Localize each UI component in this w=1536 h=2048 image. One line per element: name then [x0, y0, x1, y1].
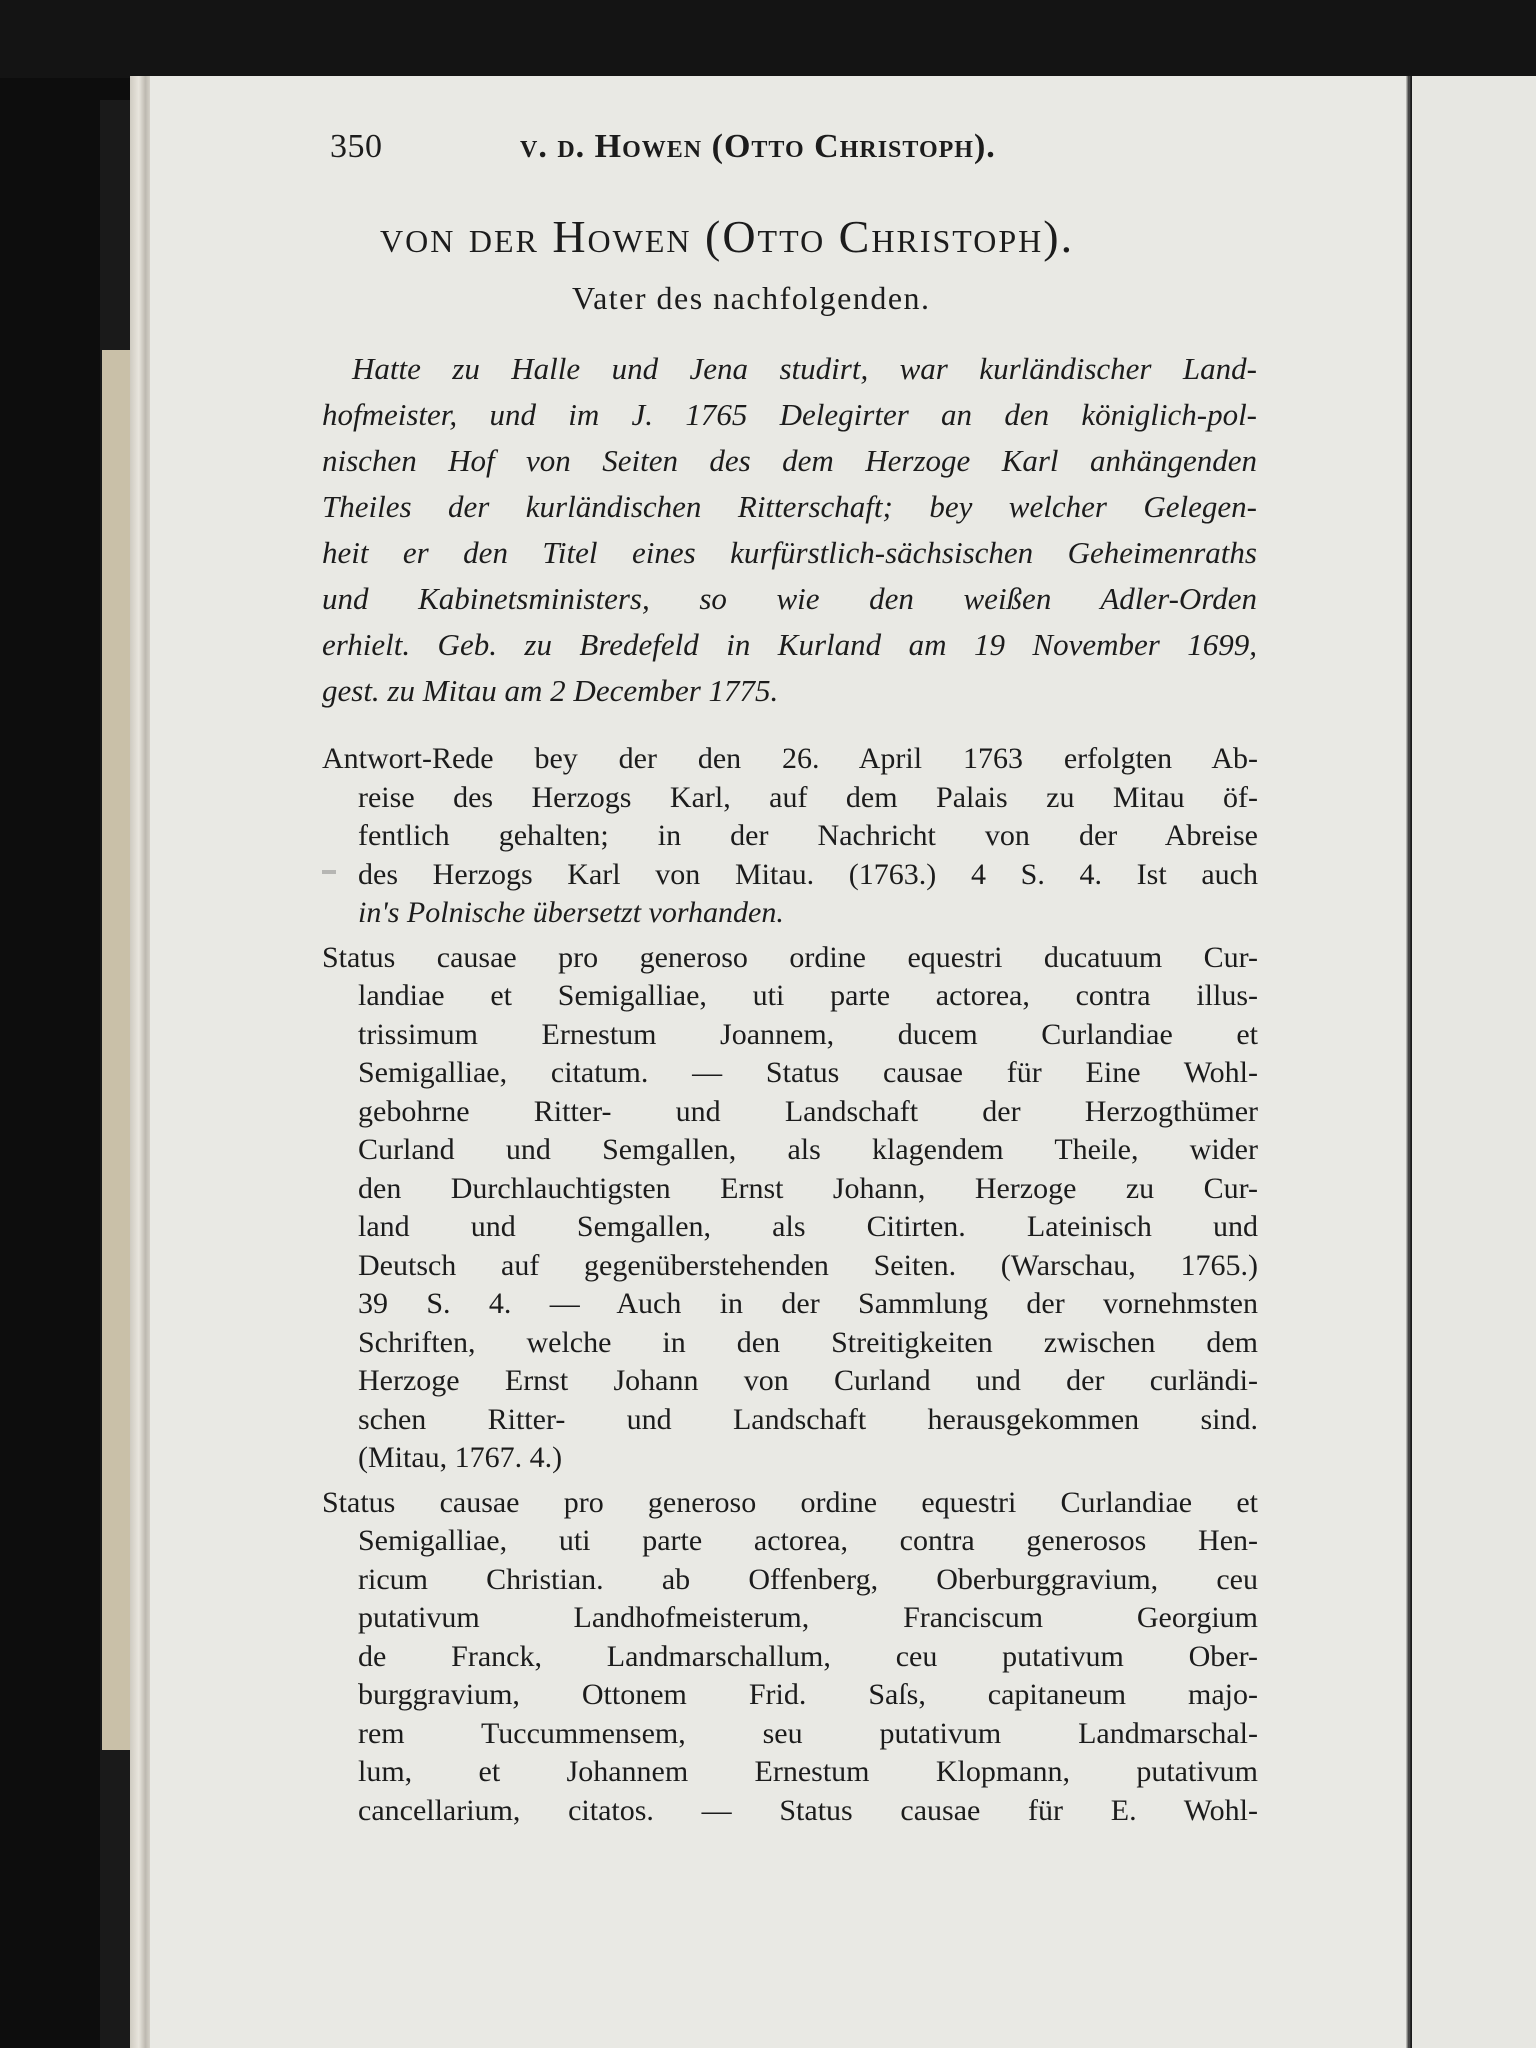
- work-line: rem Tuccummensem, seu putativum Landmars…: [318, 1715, 1258, 1754]
- work-line: Schriften, welche in den Streitigkeiten …: [318, 1324, 1258, 1363]
- work-line: Semigalliae, uti parte actorea, contra g…: [318, 1522, 1258, 1561]
- work-line: burggravium, Ottonem Frid. Saſs, capitan…: [318, 1676, 1258, 1715]
- work-entry: Status causae pro generoso ordine equest…: [318, 939, 1258, 1478]
- bio-line: hofmeister, und im J. 1765 Delegirter an…: [322, 392, 1257, 438]
- work-line: land und Semgallen, als Citirten. Latein…: [318, 1208, 1258, 1247]
- work-line: ricum Christian. ab Offenberg, Oberburgg…: [318, 1561, 1258, 1600]
- work-line: de Franck, Landmarschallum, ceu putativu…: [318, 1638, 1258, 1677]
- page-number: 350: [330, 128, 383, 166]
- work-entry: Status causae pro generoso ordine equest…: [318, 1484, 1258, 1831]
- work-line: landiae et Semigalliae, uti parte actore…: [318, 977, 1258, 1016]
- work-line: Deutsch auf gegenüberstehenden Seiten. (…: [318, 1247, 1258, 1286]
- work-line: (Mitau, 1767. 4.): [318, 1439, 1258, 1478]
- bio-line: gest. zu Mitau am 2 December 1775.: [322, 668, 1257, 714]
- work-line: putativum Landhofmeisterum, Franciscum G…: [318, 1599, 1258, 1638]
- biography-paragraph: Hatte zu Halle und Jena studirt, war kur…: [322, 346, 1257, 714]
- entry-title: von der Howen (Otto Christoph).: [380, 210, 1180, 263]
- work-line: schen Ritter- und Landschaft herausgekom…: [318, 1401, 1258, 1440]
- bio-line: und Kabinetsministers, so wie den weißen…: [322, 576, 1257, 622]
- work-line: Herzoge Ernst Johann von Curland und der…: [318, 1362, 1258, 1401]
- facing-page: [1412, 76, 1536, 2048]
- work-line: in's Polnische übersetzt vorhanden.: [318, 894, 1258, 933]
- dark-background: [0, 0, 1536, 78]
- entry-subtitle: Vater des nachfolgenden.: [572, 280, 931, 317]
- work-line: Antwort-Rede bey der den 26. April 1763 …: [318, 740, 1258, 779]
- bio-line: Hatte zu Halle und Jena studirt, war kur…: [322, 346, 1257, 392]
- page-edges: [130, 76, 152, 2048]
- paper-tab-strip: [102, 350, 132, 1750]
- running-head: 350 v. d. Howen (Otto Christoph).: [330, 128, 1330, 178]
- work-line: cancellarium, citatos. — Status causae f…: [318, 1792, 1258, 1831]
- work-line: den Durchlauchtigsten Ernst Johann, Herz…: [318, 1170, 1258, 1209]
- work-line: Status causae pro generoso ordine equest…: [318, 939, 1258, 978]
- work-line: trissimum Ernestum Joannem, ducem Curlan…: [318, 1016, 1258, 1055]
- work-line: lum, et Johannem Ernestum Klopmann, puta…: [318, 1753, 1258, 1792]
- work-line: Semigalliae, citatum. — Status causae fü…: [318, 1054, 1258, 1093]
- work-line: reise des Herzogs Karl, auf dem Palais z…: [318, 779, 1258, 818]
- work-line: 39 S. 4. — Auch in der Sammlung der vorn…: [318, 1285, 1258, 1324]
- bio-line: heit er den Titel eines kurfürstlich-säc…: [322, 530, 1257, 576]
- bio-line: erhielt. Geb. zu Bredefeld in Kurland am…: [322, 622, 1257, 668]
- running-title: v. d. Howen (Otto Christoph).: [520, 128, 996, 166]
- bio-line: Theiles der kurländischen Ritterschaft; …: [322, 484, 1257, 530]
- work-line: Status causae pro generoso ordine equest…: [318, 1484, 1258, 1523]
- work-entry: Antwort-Rede bey der den 26. April 1763 …: [318, 740, 1258, 933]
- bio-line: nischen Hof von Seiten des dem Herzoge K…: [322, 438, 1257, 484]
- work-line: Curland und Semgallen, als klagendem The…: [318, 1131, 1258, 1170]
- work-line: des Herzogs Karl von Mitau. (1763.) 4 S.…: [318, 856, 1258, 895]
- works-list: Antwort-Rede bey der den 26. April 1763 …: [318, 740, 1258, 1836]
- work-line: gebohrne Ritter- und Landschaft der Herz…: [318, 1093, 1258, 1132]
- work-line: fentlich gehalten; in der Nachricht von …: [318, 817, 1258, 856]
